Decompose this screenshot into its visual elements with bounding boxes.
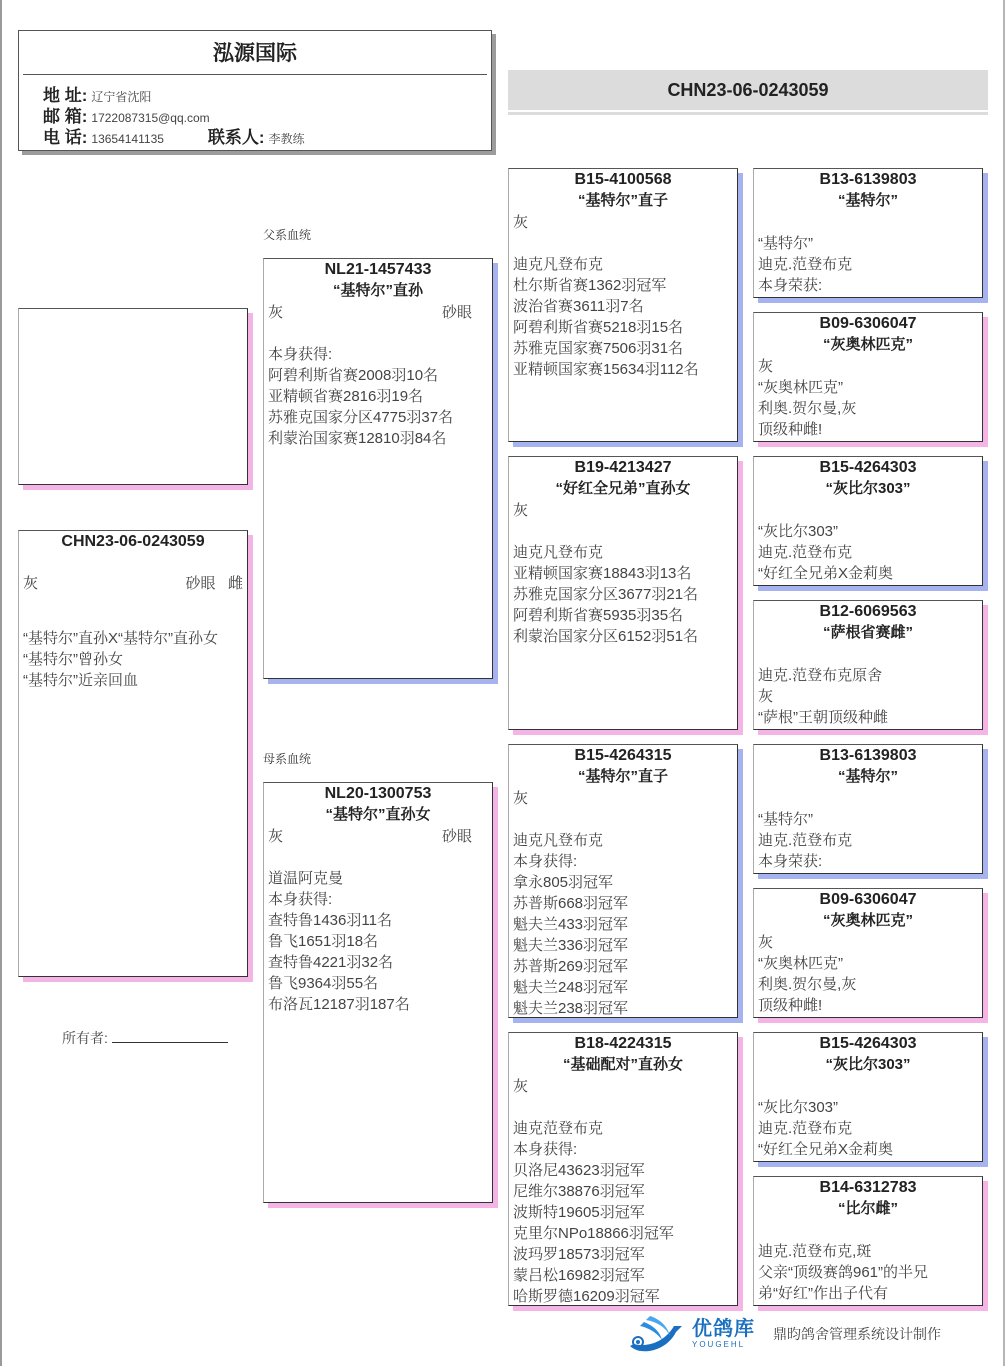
subject-color: 灰 xyxy=(23,573,38,594)
ggp-detail: 弟“好红”作出子代有 xyxy=(754,1283,982,1304)
gp-detail: 迪克凡登布克 xyxy=(509,830,737,851)
ggp-detail: 迪克.范登布克 xyxy=(754,542,982,563)
owner-field: 所有者: xyxy=(62,1028,228,1048)
logo-text-cn: 优鸽库 xyxy=(692,1318,755,1340)
ggp-detail: 顶级种雌! xyxy=(754,995,982,1016)
gp-detail: 阿碧利斯省赛5218羽15名 xyxy=(509,317,737,338)
ggp-card: B12-6069563 “萨根省赛雌” 迪克.范登布克原舍 灰 “萨根”王朝顶级… xyxy=(753,600,983,730)
photo-placeholder xyxy=(18,308,248,485)
ggp-card: B09-6306047 “灰奥林匹克” 灰 “灰奥林匹克” 利奥.贺尔曼,灰 顶… xyxy=(753,312,983,442)
gp-detail: 本身获得: xyxy=(509,851,737,872)
subject-sex: 雌 xyxy=(228,575,243,592)
ggp-card: B14-6312783 “比尔雌” 迪克.范登布克,斑 父亲“顶级赛鸽961”的… xyxy=(753,1176,983,1306)
ggp-card: B15-4264303 “灰比尔303” “灰比尔303” 迪克.范登布克 “好… xyxy=(753,1032,983,1162)
ggp-detail: 利奥.贺尔曼,灰 xyxy=(754,398,982,419)
ggp-detail: 本身荣获: xyxy=(754,851,982,872)
subject-note: “基特尔”曾孙女 xyxy=(19,649,247,670)
sire-line-label: 父系血统 xyxy=(263,226,311,243)
ggp-detail: 迪克.范登布克 xyxy=(754,254,982,275)
ggp-name: “萨根省赛雌” xyxy=(754,622,982,644)
gp-name: “基础配对”直孙女 xyxy=(509,1054,737,1076)
ggp-detail: 灰 xyxy=(754,686,982,707)
pedigree-title-bar: CHN23-06-0243059 xyxy=(508,70,988,110)
ggp-detail: “灰奥林匹克” xyxy=(754,953,982,974)
dam-ring: NL20-1300753 xyxy=(264,784,492,804)
email-value: 1722087315@qq.com xyxy=(91,111,209,125)
dam-detail: 本身获得: xyxy=(264,889,492,910)
address-label: 地 址: xyxy=(43,85,87,106)
dam-name: “基特尔”直孙女 xyxy=(264,804,492,826)
sire-detail: 本身获得: xyxy=(264,344,492,365)
dam-detail: 查特鲁1436羽11名 xyxy=(264,910,492,931)
address-value: 辽宁省沈阳 xyxy=(91,90,151,104)
ggp-ring: B13-6139803 xyxy=(754,746,982,766)
sire-name: “基特尔”直孙 xyxy=(264,280,492,302)
gp-detail: 利蒙治国家分区6152羽51名 xyxy=(509,626,737,647)
ggp-card: B13-6139803 “基特尔” “基特尔” 迪克.范登布克 本身荣获: xyxy=(753,744,983,874)
phone-value: 13654141135 xyxy=(91,132,164,146)
gp-name: “基特尔”直子 xyxy=(509,766,737,788)
footer-credit: 鼎昀鸽舍管理系统设计制作 xyxy=(773,1324,941,1344)
gp-detail: 苏普斯668羽冠军 xyxy=(509,893,737,914)
ggp-card: B13-6139803 “基特尔” “基特尔” 迪克.范登布克 本身荣获: xyxy=(753,168,983,298)
gp-ring: B15-4264315 xyxy=(509,746,737,766)
sire-card: NL21-1457433 “基特尔”直孙 灰 砂眼 本身获得: 阿碧利斯省赛20… xyxy=(263,258,493,679)
ggp-detail: 灰 xyxy=(754,356,982,377)
owner-label: 所有者: xyxy=(62,1030,108,1046)
footer: 优鸽库 YOUGEHL 鼎昀鸽舍管理系统设计制作 xyxy=(620,1312,941,1356)
dam-detail: 查特鲁4221羽32名 xyxy=(264,952,492,973)
gp-detail: 苏雅克国家赛7506羽31名 xyxy=(509,338,737,359)
ggp-detail: 灰 xyxy=(754,932,982,953)
gp-detail: 克里尔NPo18866羽冠军 xyxy=(509,1223,737,1244)
sire-ring: NL21-1457433 xyxy=(264,260,492,280)
granddam-maternal-card: B18-4224315 “基础配对”直孙女 灰 迪克范登布克 本身获得: 贝洛尼… xyxy=(508,1032,738,1306)
ggp-detail: 父亲“顶级赛鸽961”的半兄 xyxy=(754,1262,982,1283)
ggp-ring: B14-6312783 xyxy=(754,1178,982,1198)
ggp-detail: 利奥.贺尔曼,灰 xyxy=(754,974,982,995)
gp-detail: 波斯特19605羽冠军 xyxy=(509,1202,737,1223)
ggp-card: B09-6306047 “灰奥林匹克” 灰 “灰奥林匹克” 利奥.贺尔曼,灰 顶… xyxy=(753,888,983,1018)
sire-detail: 苏雅克国家分区4775羽37名 xyxy=(264,407,492,428)
ggp-detail: “好红全兄弟X金莉奥 xyxy=(754,563,982,584)
gp-ring: B15-4100568 xyxy=(509,170,737,190)
address-row: 地 址:辽宁省沈阳 xyxy=(43,85,305,106)
granddam-paternal-card: B19-4213427 “好红全兄弟”直孙女 灰 迪克凡登布克 亚精顿国家赛18… xyxy=(508,456,738,730)
ggp-detail: “灰奥林匹克” xyxy=(754,377,982,398)
ggp-detail: “灰比尔303” xyxy=(754,1097,982,1118)
gp-detail: 本身获得: xyxy=(509,1139,737,1160)
gp-detail: 魁夫兰433羽冠军 xyxy=(509,914,737,935)
sire-detail: 利蒙治国家赛12810羽84名 xyxy=(264,428,492,449)
phone-row: 电 话:13654141135联系人:李教练 xyxy=(43,127,305,148)
gp-ring: B19-4213427 xyxy=(509,458,737,478)
gp-detail: 魁夫兰336羽冠军 xyxy=(509,935,737,956)
ggp-name: “灰奥林匹克” xyxy=(754,334,982,356)
subject-note: “基特尔”直孙X“基特尔”直孙女 xyxy=(19,628,247,649)
gp-detail: 亚精顿国家赛15634羽112名 xyxy=(509,359,737,380)
sire-detail: 阿碧利斯省赛2008羽10名 xyxy=(264,365,492,386)
email-label: 邮 箱: xyxy=(43,106,87,127)
sire-color: 灰 xyxy=(268,302,283,323)
ggp-detail: “基特尔” xyxy=(754,809,982,830)
ggp-detail: 顶级种雌! xyxy=(754,419,982,440)
gp-detail: 迪克凡登布克 xyxy=(509,542,737,563)
gp-detail: 拿永805羽冠军 xyxy=(509,872,737,893)
gp-detail: 迪克范登布克 xyxy=(509,1118,737,1139)
ggp-detail: “基特尔” xyxy=(754,233,982,254)
ggp-detail: “萨根”王朝顶级种雌 xyxy=(754,707,982,728)
ggp-detail: 本身荣获: xyxy=(754,275,982,296)
gp-detail: 苏雅克国家分区3677羽21名 xyxy=(509,584,737,605)
gp-name: “基特尔”直子 xyxy=(509,190,737,212)
ggp-ring: B15-4264303 xyxy=(754,1034,982,1054)
gp-detail: 魁夫兰238羽冠军 xyxy=(509,998,737,1018)
gp-detail: 杜尔斯省赛1362羽冠军 xyxy=(509,275,737,296)
ggp-detail: 迪克.范登布克,斑 xyxy=(754,1241,982,1262)
dam-detail: 布洛瓦12187羽187名 xyxy=(264,994,492,1015)
grandsire-paternal-card: B15-4100568 “基特尔”直子 灰 迪克凡登布克 杜尔斯省赛1362羽冠… xyxy=(508,168,738,442)
ggp-detail: “灰比尔303” xyxy=(754,521,982,542)
dam-eye: 砂眼 xyxy=(442,826,472,847)
dam-line-label: 母系血统 xyxy=(263,750,311,767)
subject-ring: CHN23-06-0243059 xyxy=(19,532,247,551)
gp-detail: 迪克凡登布克 xyxy=(509,254,737,275)
gp-color: 灰 xyxy=(509,212,737,233)
gp-color: 灰 xyxy=(509,788,737,809)
ggp-detail: 迪克.范登布克原舍 xyxy=(754,665,982,686)
ggp-name: “基特尔” xyxy=(754,766,982,788)
contact-value: 李教练 xyxy=(269,132,305,146)
dam-card: NL20-1300753 “基特尔”直孙女 灰 砂眼 道温阿克曼 本身获得: 查… xyxy=(263,782,493,1203)
dam-detail: 鲁飞9364羽55名 xyxy=(264,973,492,994)
gp-detail: 尼维尔38876羽冠军 xyxy=(509,1181,737,1202)
gp-detail: 贝洛尼43623羽冠军 xyxy=(509,1160,737,1181)
subject-traits: 灰 砂眼 雌 xyxy=(19,573,247,594)
gp-detail: 哈斯罗德16209羽冠军 xyxy=(509,1286,737,1306)
dam-detail: 鲁飞1651羽18名 xyxy=(264,931,492,952)
owner-signature-line xyxy=(112,1028,228,1043)
ggp-detail: 迪克.范登布克 xyxy=(754,1118,982,1139)
gp-color: 灰 xyxy=(509,1076,737,1097)
dam-color: 灰 xyxy=(268,826,283,847)
ggp-name: “基特尔” xyxy=(754,190,982,212)
contact-label: 联系人: xyxy=(208,128,265,147)
gp-detail: 亚精顿国家赛18843羽13名 xyxy=(509,563,737,584)
page-edge-right xyxy=(1003,0,1005,1366)
ggp-name: “比尔雌” xyxy=(754,1198,982,1220)
grandsire-maternal-card: B15-4264315 “基特尔”直子 灰 迪克凡登布克 本身获得: 拿永805… xyxy=(508,744,738,1018)
page-edge-left xyxy=(0,0,2,1366)
ggp-card: B15-4264303 “灰比尔303” “灰比尔303” 迪克.范登布克 “好… xyxy=(753,456,983,586)
yougehl-logo-icon xyxy=(620,1312,688,1356)
title-underline xyxy=(508,112,988,115)
ggp-ring: B09-6306047 xyxy=(754,314,982,334)
gp-color: 灰 xyxy=(509,500,737,521)
loft-name: 泓源国际 xyxy=(19,39,491,69)
ggp-name: “灰奥林匹克” xyxy=(754,910,982,932)
loft-info-card: 泓源国际 地 址:辽宁省沈阳 邮 箱:1722087315@qq.com 电 话… xyxy=(18,30,492,151)
gp-ring: B18-4224315 xyxy=(509,1034,737,1054)
gp-detail: 蒙吕松16982羽冠军 xyxy=(509,1265,737,1286)
ggp-name: “灰比尔303” xyxy=(754,1054,982,1076)
email-row: 邮 箱:1722087315@qq.com xyxy=(43,106,305,127)
gp-detail: 魁夫兰248羽冠军 xyxy=(509,977,737,998)
sire-traits: 灰 砂眼 xyxy=(264,302,492,323)
ggp-ring: B09-6306047 xyxy=(754,890,982,910)
ggp-name: “灰比尔303” xyxy=(754,478,982,500)
ggp-ring: B13-6139803 xyxy=(754,170,982,190)
gp-name: “好红全兄弟”直孙女 xyxy=(509,478,737,500)
dam-detail: 道温阿克曼 xyxy=(264,868,492,889)
phone-label: 电 话: xyxy=(43,127,87,148)
sire-detail: 亚精顿省赛2816羽19名 xyxy=(264,386,492,407)
gp-detail: 波治省赛3611羽7名 xyxy=(509,296,737,317)
ggp-ring: B15-4264303 xyxy=(754,458,982,478)
gp-detail: 波玛罗18573羽冠军 xyxy=(509,1244,737,1265)
subject-note: “基特尔”近亲回血 xyxy=(19,670,247,691)
dam-traits: 灰 砂眼 xyxy=(264,826,492,847)
ggp-detail: “好红全兄弟X金莉奥 xyxy=(754,1139,982,1160)
subject-eye: 砂眼 xyxy=(185,575,215,592)
sire-eye: 砂眼 xyxy=(442,302,472,323)
header-divider xyxy=(23,74,487,75)
logo-text-en: YOUGEHL xyxy=(692,1340,755,1350)
gp-detail: 阿碧利斯省赛5935羽35名 xyxy=(509,605,737,626)
subject-bird-card: CHN23-06-0243059 灰 砂眼 雌 “基特尔”直孙X“基特尔”直孙女… xyxy=(18,530,248,977)
ggp-ring: B12-6069563 xyxy=(754,602,982,622)
ggp-detail: 迪克.范登布克 xyxy=(754,830,982,851)
gp-detail: 苏普斯269羽冠军 xyxy=(509,956,737,977)
